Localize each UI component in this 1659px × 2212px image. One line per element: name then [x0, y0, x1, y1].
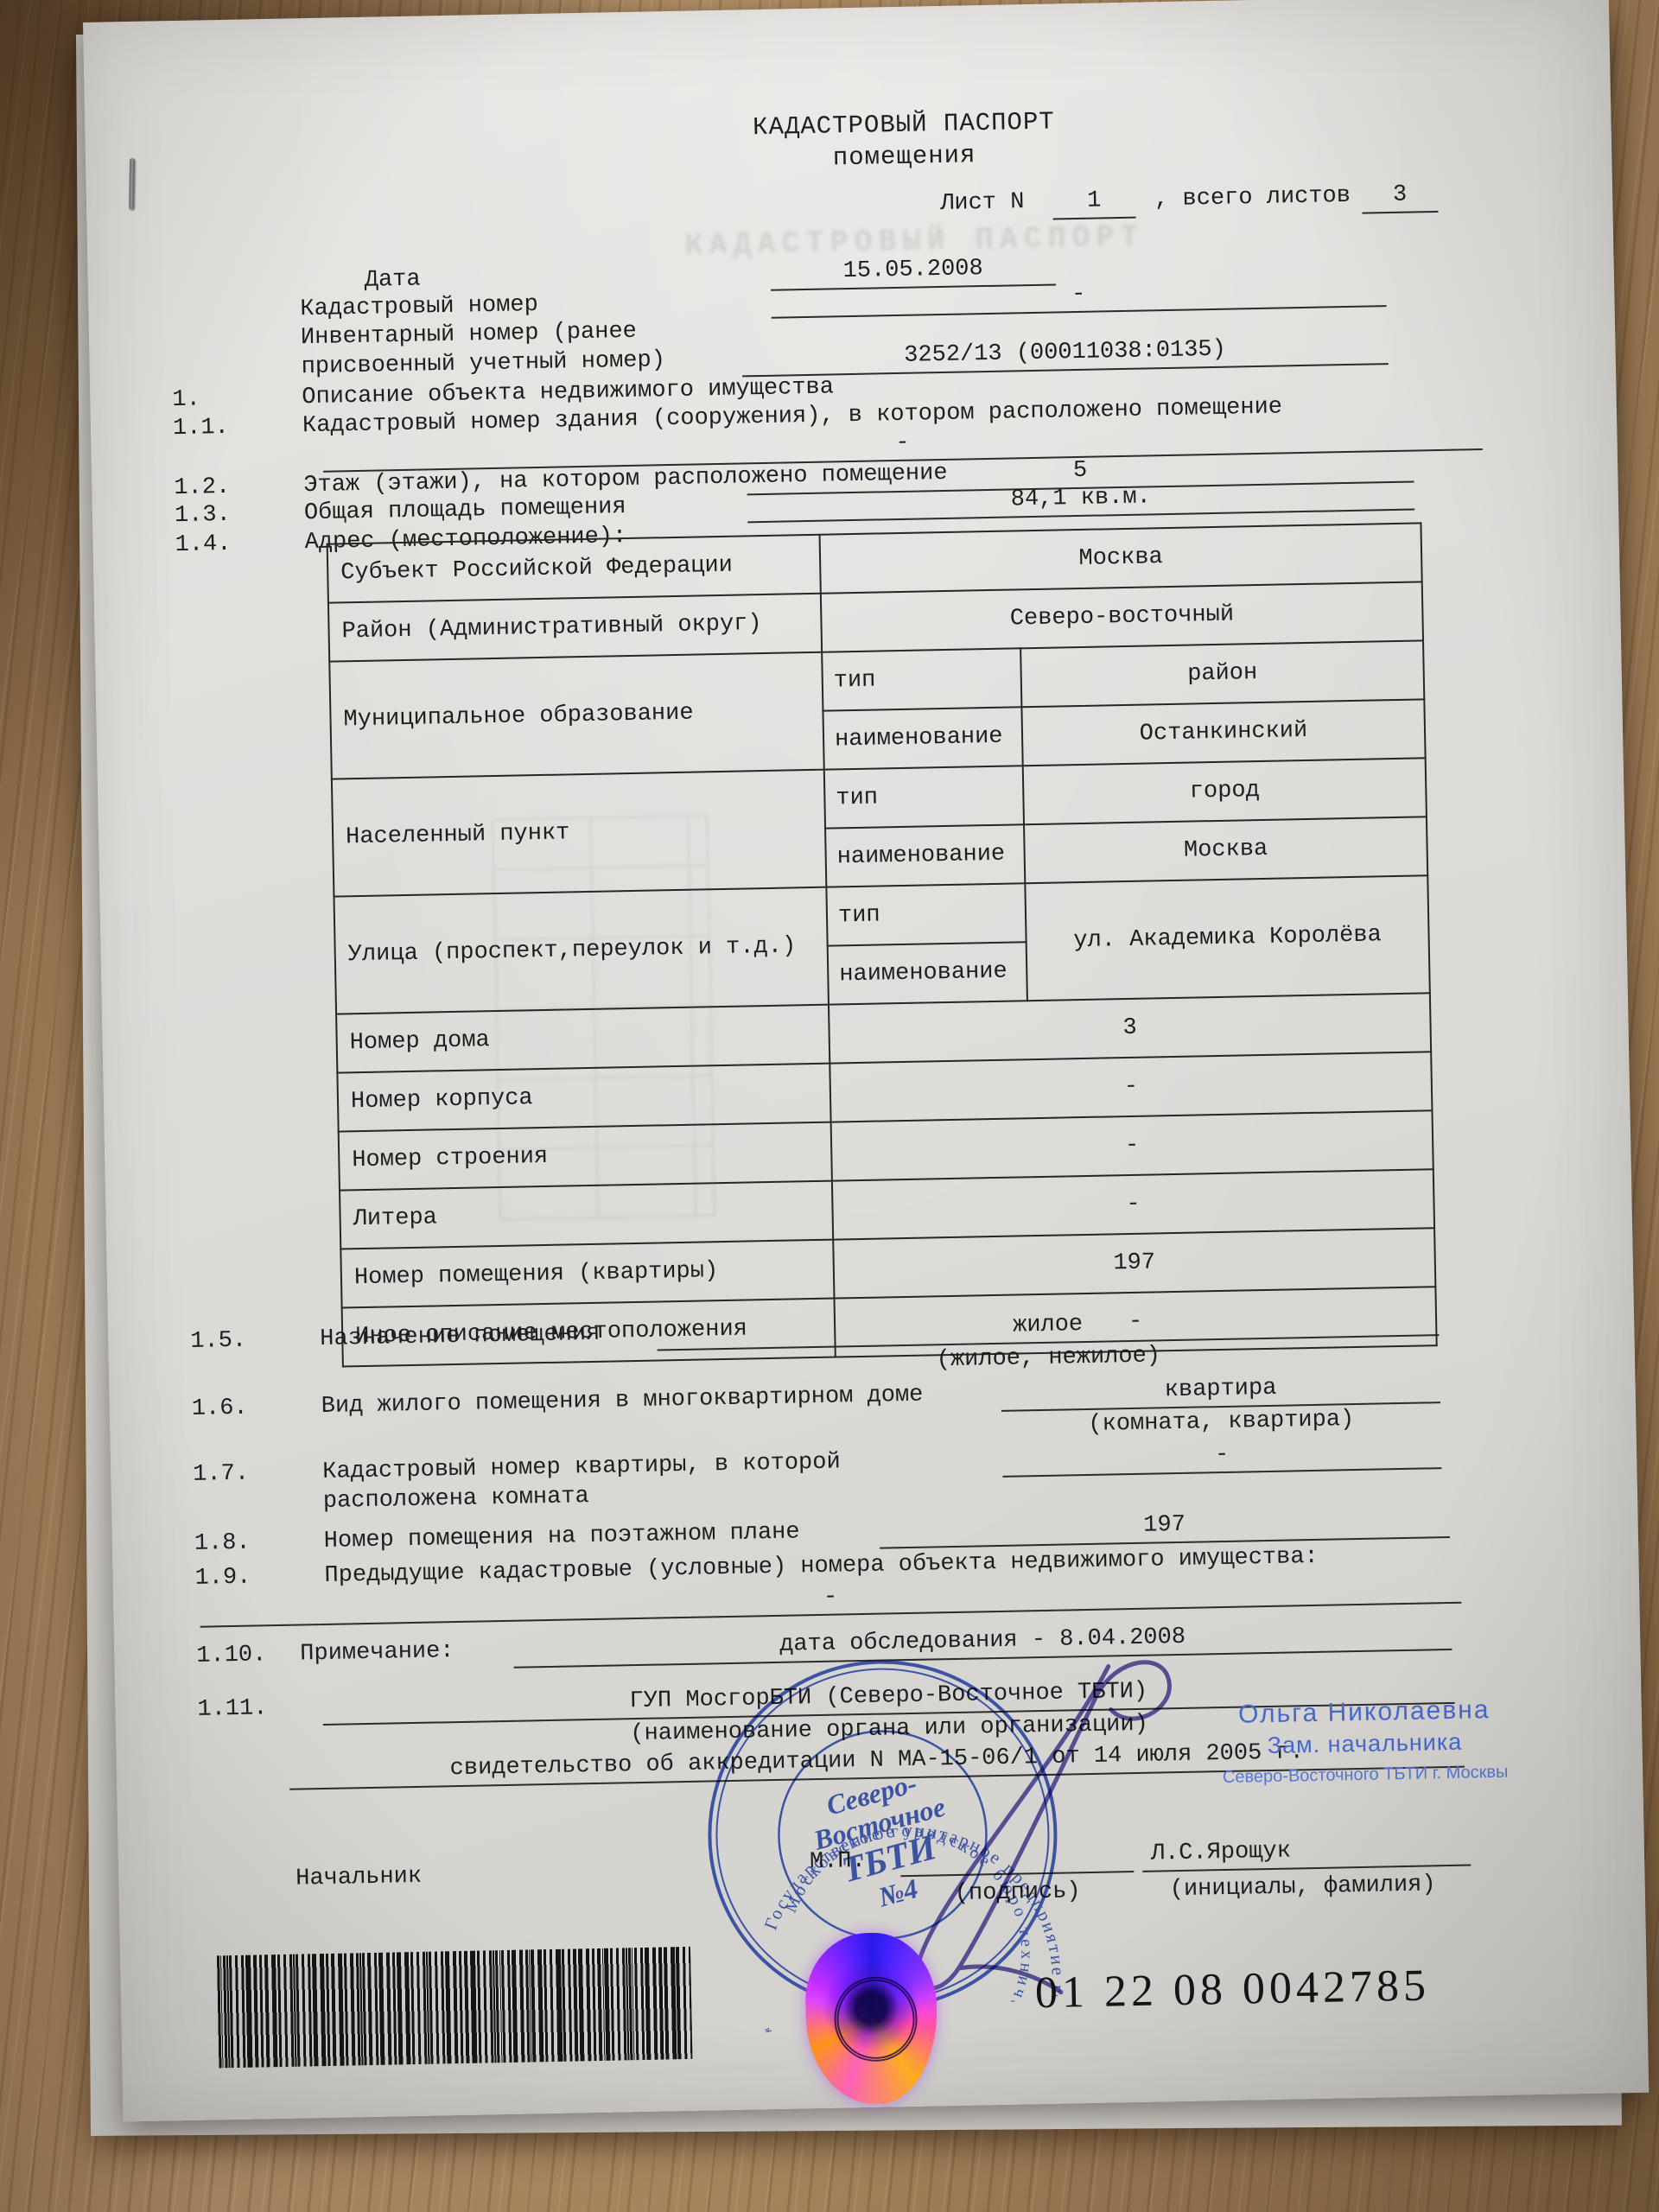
inventory-number-label-2: присвоенный учетный номер): [301, 347, 665, 380]
date-label: Дата: [365, 267, 421, 294]
row-value: ул. Академика Королёва: [1025, 875, 1430, 1001]
row-label: Номер корпуса: [337, 1064, 830, 1132]
item-1-7-label-2: расположена комната: [323, 1484, 589, 1515]
item-1-2-num: 1.2.: [174, 474, 230, 501]
document-page: КАДАСТРОВЫЙ ПАСПОРТ КАДАСТРОВЫЙ ПАСПОРТ …: [83, 0, 1649, 2122]
row-subkey: тип: [824, 766, 1024, 828]
barcode: [217, 1947, 692, 2068]
row-label: Номер строения: [339, 1122, 832, 1191]
document-title-block: КАДАСТРОВЫЙ ПАСПОРТ помещения: [85, 95, 1611, 188]
row-label: Населенный пункт: [332, 770, 827, 897]
sheet-total-label: , всего листов: [1154, 183, 1351, 213]
item-1-10-label: Примечание:: [300, 1638, 454, 1667]
item-1-7-value: -: [1002, 1436, 1442, 1478]
item-1-10-num: 1.10.: [196, 1642, 267, 1669]
row-value: город: [1023, 758, 1427, 824]
item-1-3-label: Общая площадь помещения: [304, 494, 626, 526]
row-label: Номер помещения (квартиры): [340, 1240, 834, 1308]
inventory-number-value: 3252/13 (00011038:0135): [741, 332, 1389, 377]
inventory-number-label-1: Инвентарный номер (ранее: [301, 319, 637, 351]
item-1-8-label: Номер помещения на поэтажном плане: [324, 1519, 800, 1554]
row-label: Муниципальное образование: [329, 652, 824, 779]
item-1-7-label-1: Кадастровый номер квартиры, в которой: [322, 1449, 841, 1485]
sheet-number: 1: [1052, 186, 1136, 220]
address-table: Субъект Российской Федерации Москва Райо…: [327, 522, 1438, 1367]
item-1-9-num: 1.9.: [194, 1565, 251, 1592]
row-subkey: тип: [822, 648, 1021, 710]
item-1-6-label: Вид жилого помещения в многоквартирном д…: [321, 1382, 924, 1420]
row-subkey: наименование: [823, 707, 1022, 769]
photo-of-cadastral-passport: { "header": { "title_line1": "КАДАСТРОВЫ…: [0, 0, 1659, 2212]
item-1-8-value: 197: [879, 1505, 1450, 1549]
sheet-total: 3: [1362, 180, 1439, 214]
item-1-7-num: 1.7.: [193, 1461, 249, 1488]
cadastral-number-label: Кадастровый номер: [300, 292, 538, 322]
row-label: Район (Административный округ): [328, 594, 822, 662]
row-label: Улица (проспект,переулок и т.д.): [334, 887, 829, 1014]
row-label: Литера: [340, 1181, 833, 1249]
row-label: Номер дома: [336, 1005, 829, 1073]
sheet-label: Лист N: [940, 189, 1025, 217]
row-value: Останкинский: [1021, 699, 1425, 766]
row-subkey: наименование: [828, 942, 1027, 1004]
chief-label: Начальник: [296, 1864, 422, 1892]
row-subkey: наименование: [825, 824, 1025, 887]
item-1-1-num: 1.1.: [173, 415, 229, 442]
item-1-5-label: Назначение помещения: [320, 1321, 601, 1352]
holographic-seal: [804, 1931, 939, 2105]
item-1-5-num: 1.5.: [190, 1328, 246, 1355]
item-1-8-num: 1.8.: [194, 1530, 251, 1557]
row-value: район: [1020, 640, 1424, 707]
serial-number: 01 22 08 0042785: [1034, 1960, 1430, 2018]
item-1-11-num: 1.11.: [197, 1695, 268, 1723]
row-value: Москва: [1024, 817, 1427, 883]
item-1-4-num: 1.4.: [175, 531, 231, 558]
item-1-6-num: 1.6.: [192, 1395, 248, 1422]
item-1-num: 1.: [172, 386, 200, 413]
item-1-3-num: 1.3.: [175, 502, 231, 529]
row-label: Субъект Российской Федерации: [327, 535, 821, 603]
row-subkey: тип: [826, 883, 1026, 945]
